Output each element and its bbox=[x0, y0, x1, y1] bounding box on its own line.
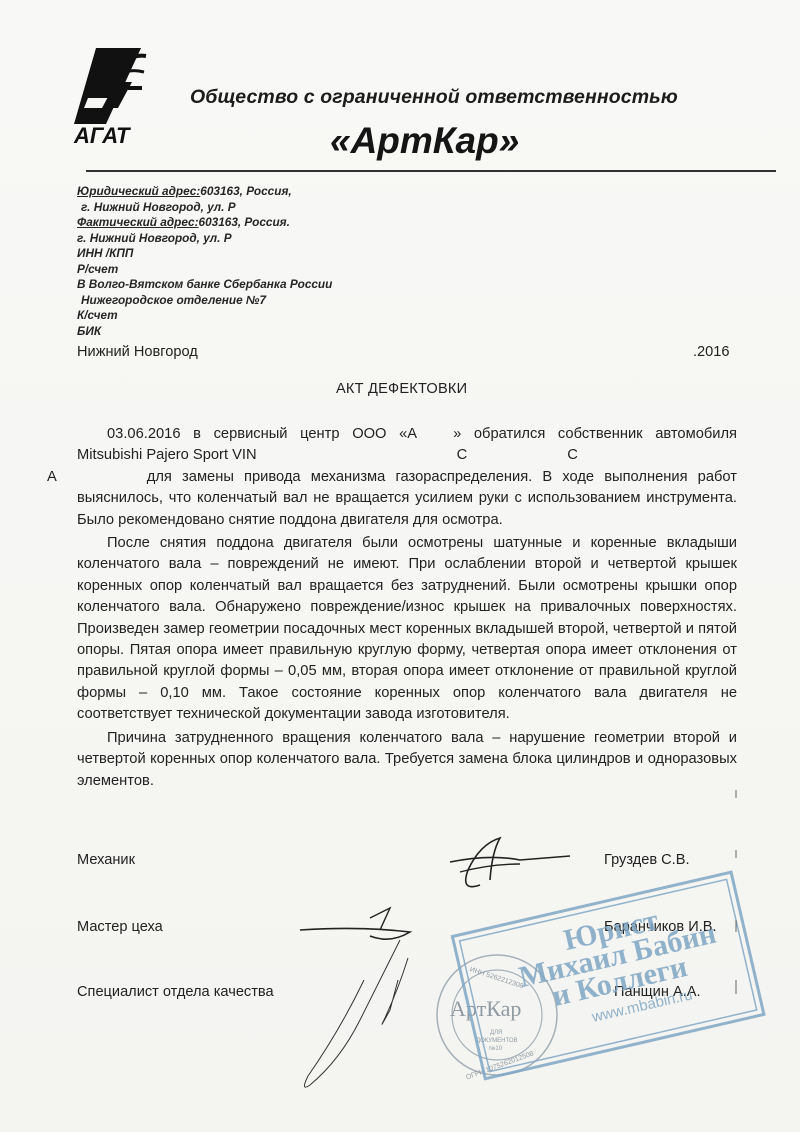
document-page: АГАТ Общество с ограниченной ответственн… bbox=[0, 0, 800, 1132]
signature-role-quality-specialist: Специалист отдела качества bbox=[77, 984, 274, 1000]
company-requisites: Юридический адрес:603163, Россия, г. Ниж… bbox=[77, 184, 332, 339]
document-body: 03.06.2016 в сервисный центр ООО «А» обр… bbox=[77, 424, 737, 792]
legal-address-line2: г. Нижний Новгород, ул. Р bbox=[77, 200, 332, 216]
margin-marks-icon bbox=[734, 780, 738, 1020]
paragraph-2: После снятия поддона двигателя были осмо… bbox=[77, 533, 737, 726]
date: .2016 bbox=[693, 344, 730, 360]
actual-address: Фактический адрес:603163, Россия. bbox=[77, 215, 332, 231]
paragraph-1: 03.06.2016 в сервисный центр ООО «А» обр… bbox=[77, 424, 737, 531]
legal-address: Юридический адрес:603163, Россия, bbox=[77, 184, 332, 200]
agat-logo-icon: АГАТ bbox=[66, 46, 158, 146]
city: Нижний Новгород bbox=[77, 344, 198, 360]
corr-account: К/счет bbox=[77, 308, 332, 324]
actual-address-line2: г. Нижний Новгород, ул. Р bbox=[77, 231, 332, 247]
account: Р/счет bbox=[77, 262, 332, 278]
org-type: Общество с ограниченной ответственностью bbox=[190, 86, 730, 109]
bank-line1: В Волго-Вятском банке Сбербанка России bbox=[77, 277, 332, 293]
signature-role-shop-master: Мастер цеха bbox=[77, 919, 163, 935]
signature-role-mechanic: Механик bbox=[77, 852, 135, 868]
org-name: «АртКар» bbox=[330, 120, 519, 162]
signature-mechanic-icon bbox=[420, 830, 580, 900]
svg-text:АГАТ: АГАТ bbox=[73, 123, 131, 148]
header-divider bbox=[86, 170, 776, 172]
bank-line2: Нижегородское отделение №7 bbox=[77, 293, 332, 309]
document-title: АКТ ДЕФЕКТОВКИ bbox=[336, 381, 467, 397]
inn-kpp: ИНН /КПП bbox=[77, 246, 332, 262]
bik: БИК bbox=[77, 324, 332, 340]
signature-name-mechanic: Груздев С.В. bbox=[604, 852, 690, 868]
paragraph-3: Причина затрудненного вращения коленчато… bbox=[77, 728, 737, 792]
